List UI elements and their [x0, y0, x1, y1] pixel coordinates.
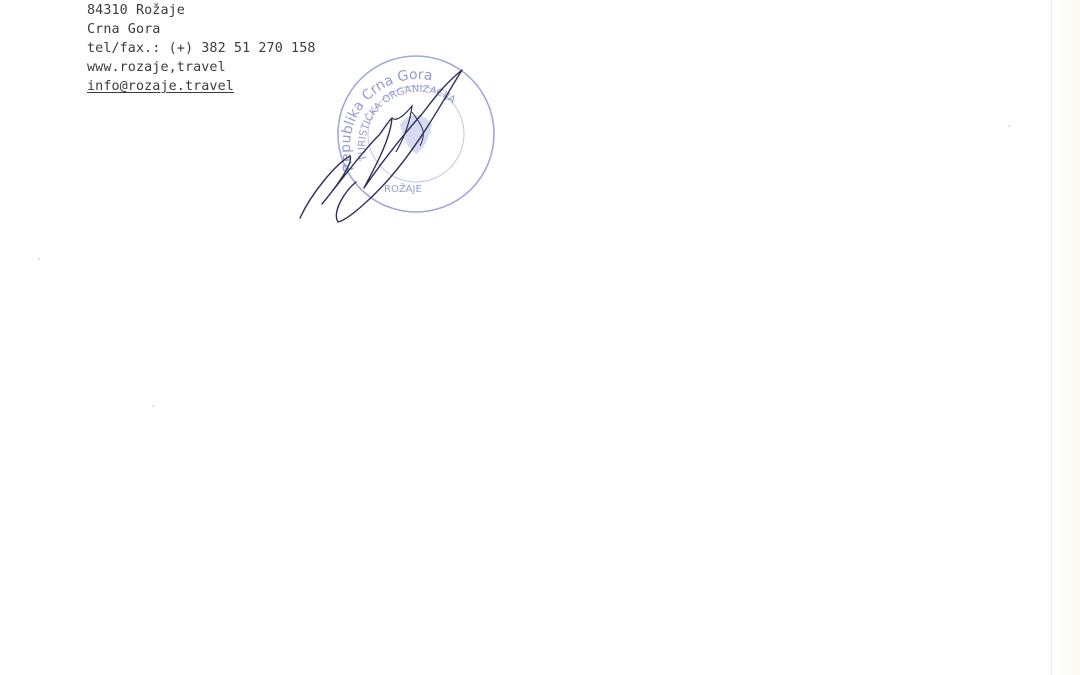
address-phone: tel/fax.: (+) 382 51 270 158: [87, 39, 316, 58]
scan-speck: [38, 258, 40, 260]
address-country: Crna Gora: [87, 20, 316, 39]
sender-address-block: 84310 Rožaje Crna Gora tel/fax.: (+) 382…: [87, 1, 316, 96]
scan-speck: [1008, 125, 1010, 127]
address-postal-city: 84310 Rožaje: [87, 1, 316, 20]
svg-text:ROŽAJE: ROŽAJE: [384, 182, 422, 195]
scan-speck: [152, 405, 154, 407]
address-website: www.rozaje,travel: [87, 58, 316, 77]
address-email-link[interactable]: info@rozaje.travel: [87, 77, 316, 96]
stamp-icon: Republika Crna Gora TURISTIČKA ORGANIZAC…: [292, 52, 502, 232]
official-stamp-with-signature: Republika Crna Gora TURISTIČKA ORGANIZAC…: [292, 52, 502, 232]
page-shadow: [1060, 0, 1080, 675]
page-edge: [1051, 0, 1052, 675]
